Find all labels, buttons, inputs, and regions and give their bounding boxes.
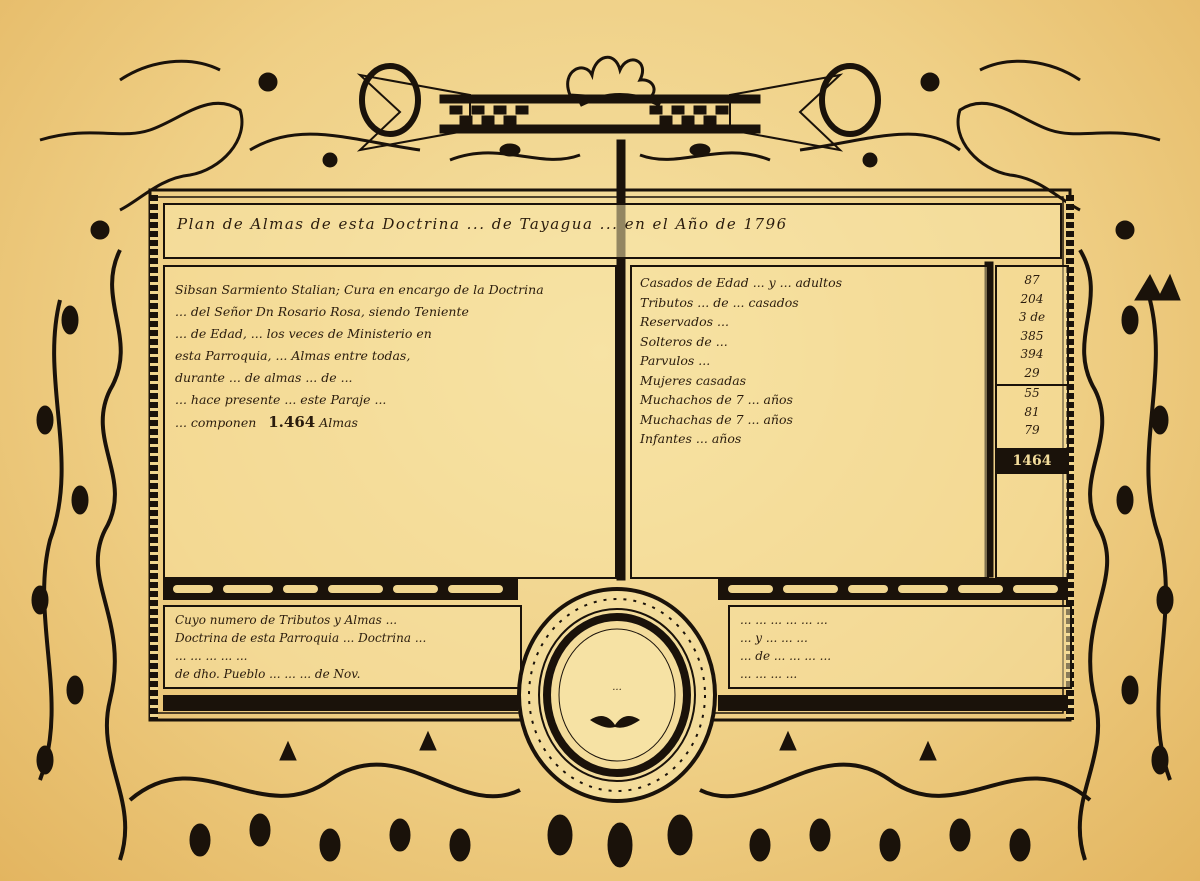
ornamental-band-bottom-right — [718, 695, 1068, 711]
ornamental-band-bottom-left — [163, 695, 518, 711]
category-item: Muchachos de 7 ... años — [640, 390, 981, 410]
counts-column: 87 204 3 de 385 394 29 55 81 79 1464 — [995, 265, 1069, 579]
category-item: Tributos ... de ... casados — [640, 293, 981, 313]
narrative-panel: Sibsan Sarmiento Stalian; Cura en encarg… — [163, 265, 617, 579]
left-dotted-rule — [150, 195, 158, 720]
narrative-line: Sibsan Sarmiento Stalian; Cura en encarg… — [175, 279, 605, 301]
narrative-line: durante ... de almas ... de ... — [175, 367, 605, 389]
category-item: Infantes ... años — [640, 429, 981, 449]
count-value: 55 — [997, 386, 1067, 405]
category-list: Casados de Edad ... y ... adultos Tribut… — [640, 273, 981, 449]
closing-line: ... y ... ... ... — [740, 629, 1060, 647]
ornamental-band-right — [718, 578, 1068, 600]
count-value: 204 — [997, 292, 1067, 311]
category-item: Reservados ... — [640, 312, 981, 332]
closing-line: ... ... ... ... ... ... — [740, 611, 1060, 629]
count-value: 394 — [997, 347, 1067, 366]
document-title: Plan de Almas de esta Doctrina ... de Ta… — [177, 215, 788, 233]
narrative-paragraph: Sibsan Sarmiento Stalian; Cura en encarg… — [175, 279, 605, 434]
seal-text: ... — [612, 682, 622, 693]
narrative-line: esta Parroquia, ... Almas entre todas, — [175, 345, 605, 367]
closing-text-right: ... ... ... ... ... ... ... y ... ... ..… — [728, 605, 1072, 689]
closing-text-left: Cuyo numero de Tributos y Almas ... Doct… — [163, 605, 522, 689]
closing-line: Cuyo numero de Tributos y Almas ... — [175, 611, 510, 629]
category-item: Casados de Edad ... y ... adultos — [640, 273, 981, 293]
narrative-line: ... hace presente ... este Paraje ... — [175, 389, 605, 411]
narrative-total-line: ... componen 1.464 Almas — [175, 411, 605, 434]
closing-line: ... de ... ... ... ... — [740, 647, 1060, 665]
count-value: 385 — [997, 329, 1067, 348]
count-value: 3 de — [997, 310, 1067, 329]
closing-line: de dho. Pueblo ... ... ... de Nov. — [175, 665, 510, 683]
count-total: 1464 — [997, 448, 1067, 474]
categories-panel: Casados de Edad ... y ... adultos Tribut… — [630, 265, 989, 579]
total-souls-suffix: Almas — [319, 415, 358, 430]
narrative-line: ... del Señor Dn Rosario Rosa, siendo Te… — [175, 301, 605, 323]
narrative-line: ... de Edad, ... los veces de Ministerio… — [175, 323, 605, 345]
total-souls-value: 1.464 — [268, 413, 315, 431]
narrative-line: ... componen — [175, 415, 256, 430]
closing-paragraph-left: Cuyo numero de Tributos y Almas ... Doct… — [175, 611, 510, 683]
category-item: Muchachas de 7 ... años — [640, 410, 981, 430]
manuscript-page: Plan de Almas de esta Doctrina ... de Ta… — [0, 0, 1200, 881]
category-item: Parvulos ... — [640, 351, 981, 371]
seal-medallion: ... — [515, 585, 720, 805]
closing-line: ... ... ... ... — [740, 665, 1060, 683]
closing-line: Doctrina de esta Parroquia ... Doctrina … — [175, 629, 510, 647]
count-value: 81 — [997, 405, 1067, 424]
category-item: Mujeres casadas — [640, 371, 981, 391]
title-band: Plan de Almas de esta Doctrina ... de Ta… — [163, 203, 1062, 259]
ornamental-band-left — [163, 578, 518, 600]
closing-line: ... ... ... ... ... — [175, 647, 510, 665]
closing-paragraph-right: ... ... ... ... ... ... ... y ... ... ..… — [740, 611, 1060, 683]
count-value: 87 — [997, 273, 1067, 292]
count-value: 29 — [997, 366, 1067, 385]
category-item: Solteros de ... — [640, 332, 981, 352]
count-value: 79 — [997, 423, 1067, 442]
